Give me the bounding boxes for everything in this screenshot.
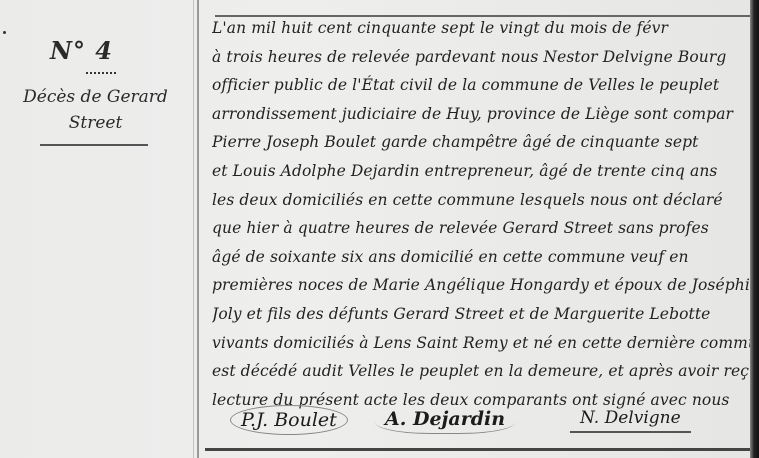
record-line-11: Joly et fils des défunts Gerard Street e… [212,300,752,329]
entry-title-line-2: Street [8,110,183,136]
register-page: N° 4 Décès de Gerard Street L'an mil hui… [0,0,751,458]
record-line-5: Pierre Joseph Boulet garde champêtre âgé… [212,128,752,157]
record-line-4: arrondissement judiciaire de Huy, provin… [212,100,752,129]
record-line-12: vivants domiciliés à Lens Saint Remy et … [212,329,752,358]
margin-rule [40,144,148,146]
entry-title-line-1: Décès de Gerard [8,84,183,110]
record-line-2: à trois heures de relevée pardevant nous… [212,43,752,72]
scan-edge-shadow [750,0,759,458]
margin-line [197,0,199,458]
signature-dejardin: A. Dejardin [375,405,515,434]
record-line-13: est décédé audit Velles le peuplet en la… [212,357,752,386]
record-line-8: que hier à quatre heures de relevée Gera… [212,214,752,243]
record-line-7: les deux domiciliés en cette commune les… [212,186,752,215]
record-line-3: officier public de l'État civil de la co… [212,71,752,100]
entry-number: N° 4 [50,36,113,65]
entry-title: Décès de Gerard Street [8,84,183,136]
record-line-9: âgé de soixante six ans domicilié en cet… [212,243,752,272]
bottom-rule [205,448,750,451]
record-line-1: L'an mil huit cent cinquante sept le vin… [212,14,752,43]
signature-delvigne: N. Delvigne [570,405,691,433]
signatures: P.J. Boulet A. Dejardin N. Delvigne [220,405,750,443]
record-body: L'an mil huit cent cinquante sept le vin… [212,14,752,414]
record-line-10: premières noces de Marie Angélique Honga… [212,271,752,300]
signature-boulet: P.J. Boulet [230,405,348,435]
margin-line-faint [193,0,194,458]
entry-number-underline [86,70,116,74]
record-line-6: et Louis Adolphe Dejardin entrepreneur, … [212,157,752,186]
margin-column: N° 4 Décès de Gerard Street [0,0,200,458]
